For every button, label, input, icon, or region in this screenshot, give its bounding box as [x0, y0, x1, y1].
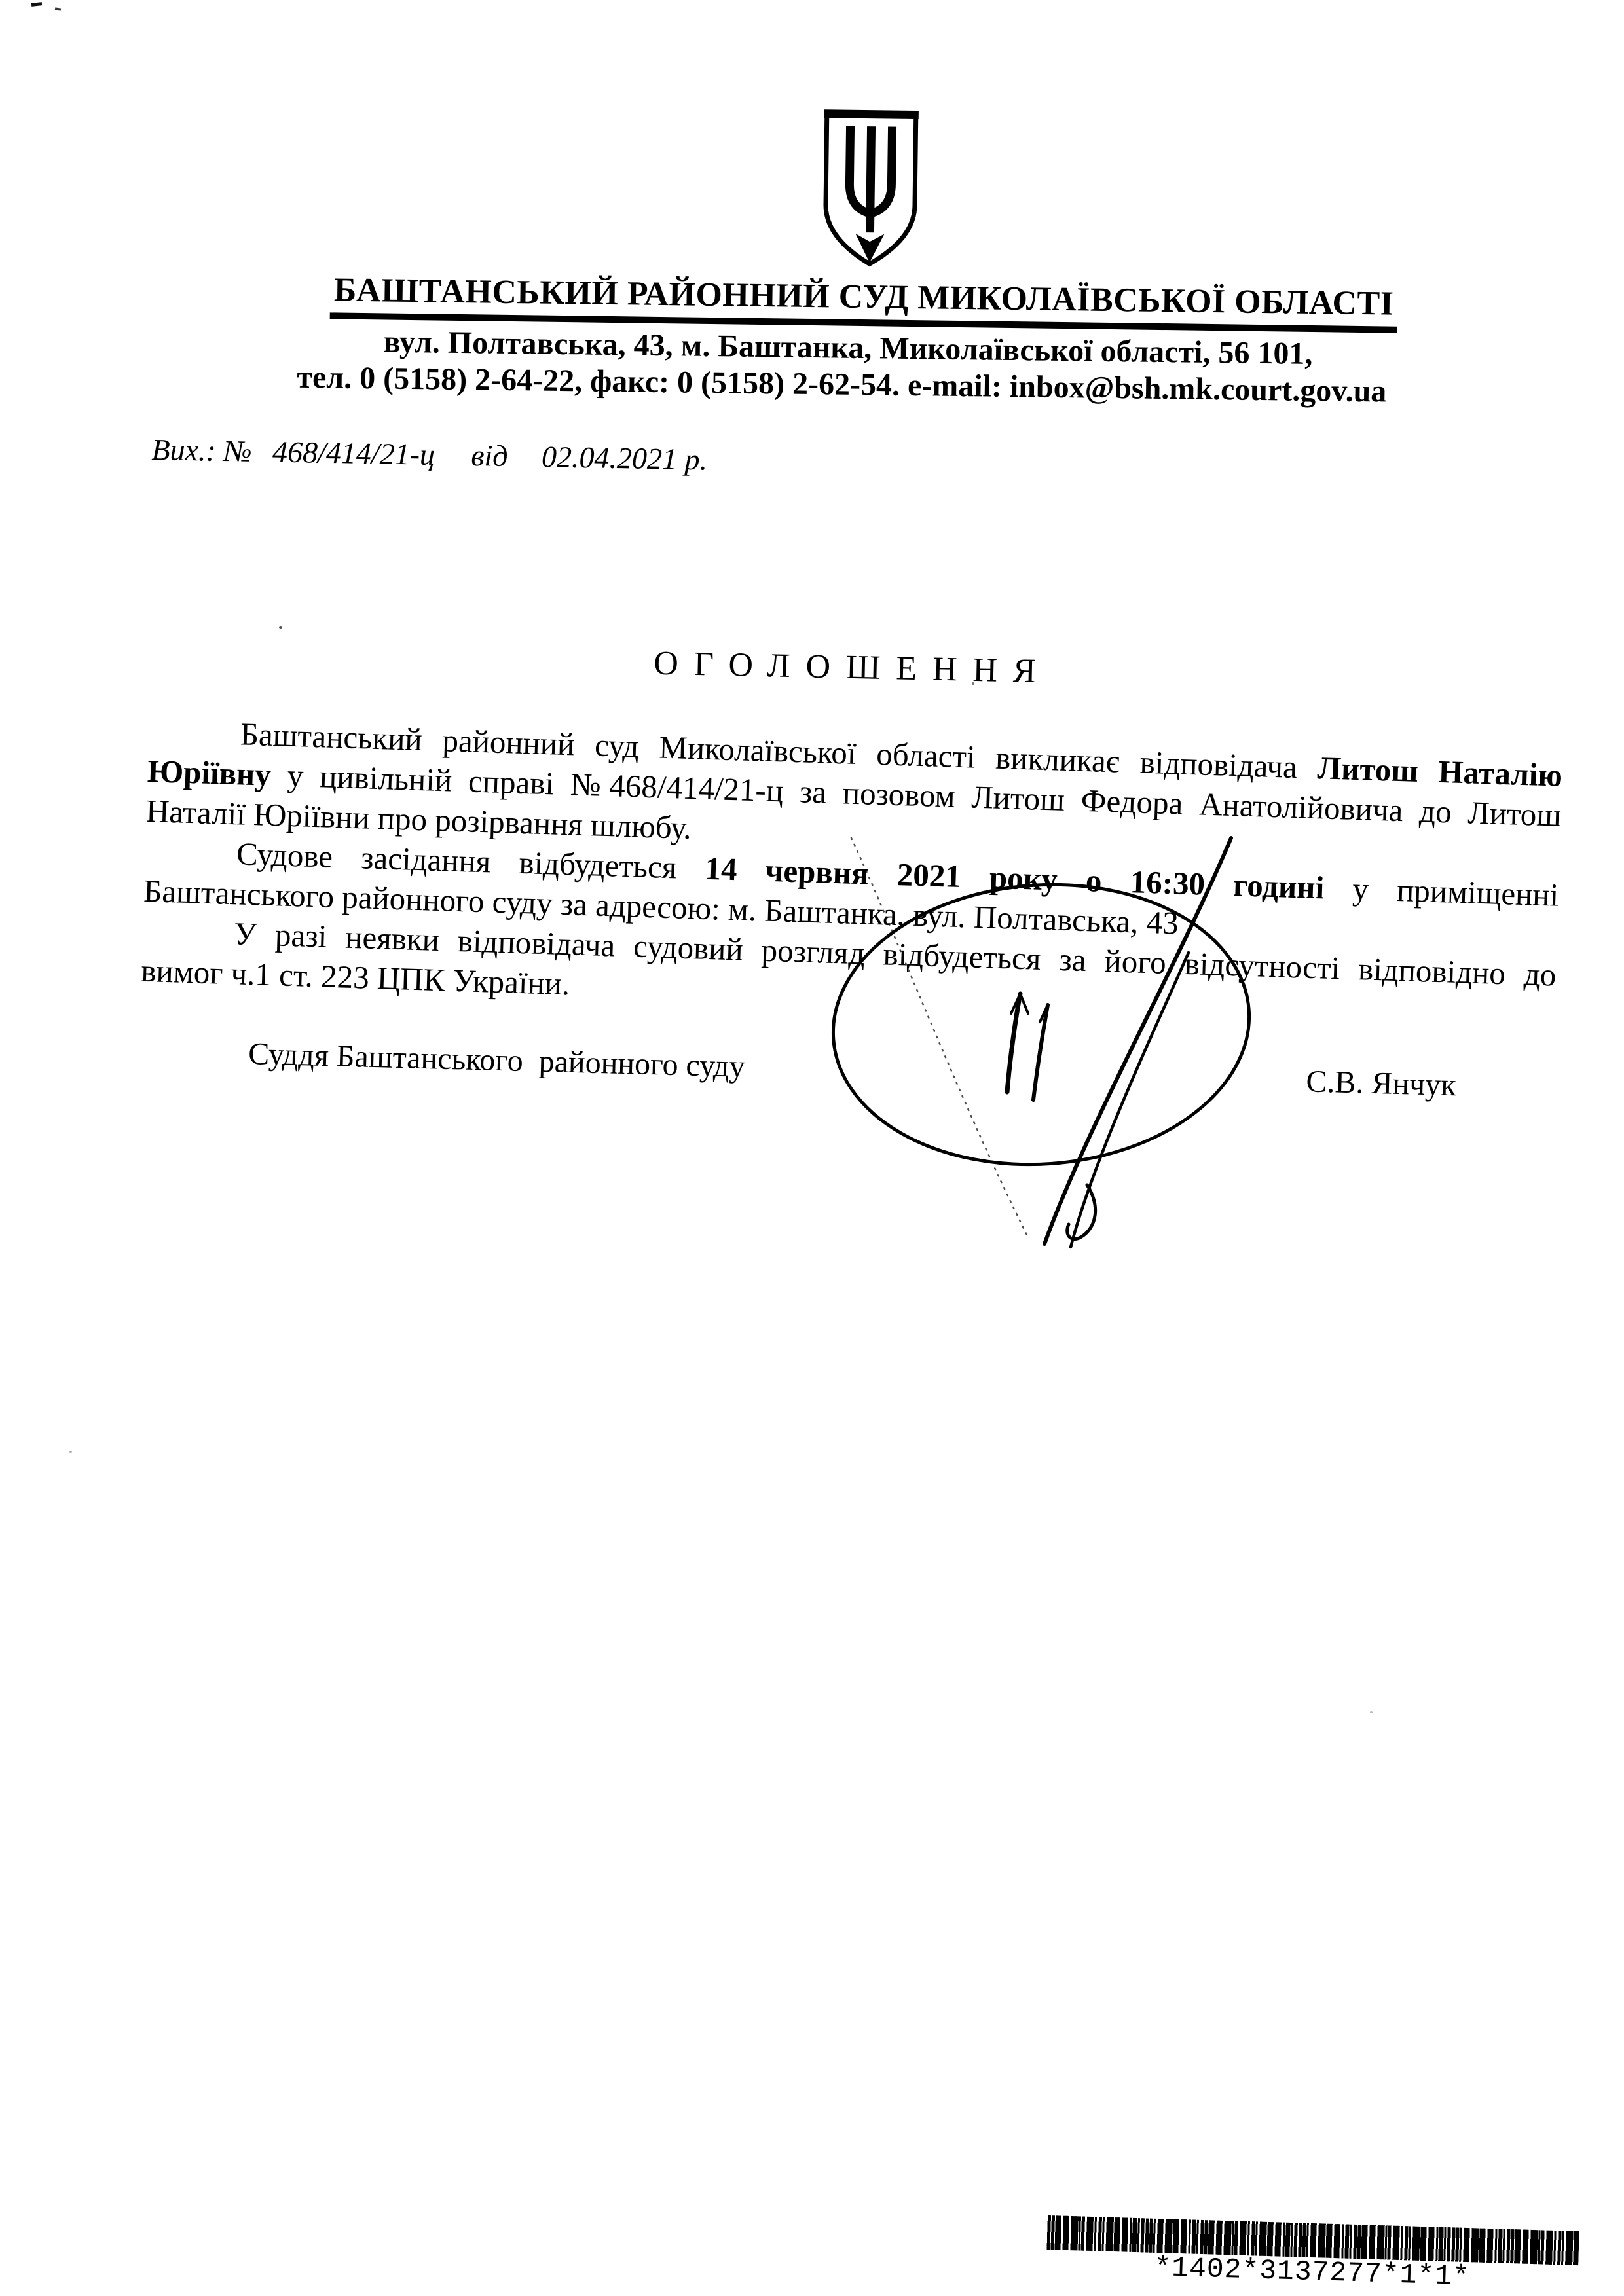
scan-artifact: [55, 7, 61, 10]
scan-artifact: [279, 626, 282, 629]
reference-line: Вих.: № 468/414/21-ц від 02.04.2021 р.: [151, 432, 707, 477]
document-page: БАШТАНСЬКИЙ РАЙОННИЙ СУД МИКОЛАЇВСЬКОЇ О…: [0, 0, 1624, 2296]
judge-name: С.В. Янчук: [1306, 1063, 1457, 1103]
reference-preposition: від: [471, 439, 508, 473]
case-number: 468/414/21-ц: [272, 435, 435, 471]
scan-artifact: [69, 1451, 72, 1453]
scan-artifact: [31, 2, 42, 7]
judge-role-label: Суддя Баштанського районного суду: [248, 1036, 746, 1085]
text-segment: у приміщенні: [1323, 870, 1559, 913]
announcement-title: ОГОЛОШЕННЯ: [41, 631, 1624, 704]
bold-segment: Юріївну: [147, 753, 271, 793]
court-letterhead: БАШТАНСЬКИЙ РАЙОННИЙ СУД МИКОЛАЇВСЬКОЇ О…: [0, 96, 1624, 414]
scan-artifact: [1370, 1711, 1373, 1713]
signature-row: Суддя Баштанського районного суду С.В. Я…: [248, 1036, 1457, 1103]
reference-date: 02.04.2021 р.: [542, 440, 708, 477]
barcode-block: *1402*3137277*1*1*: [1046, 2215, 1579, 2295]
court-name-text: БАШТАНСЬКИЙ РАЙОННИЙ СУД МИКОЛАЇВСЬКОЇ О…: [329, 272, 1397, 333]
trident-emblem-icon: [817, 106, 924, 272]
announcement-body: Баштанський районний суд Миколаївської о…: [141, 711, 1563, 1035]
reference-label: Вих.: №: [151, 433, 252, 468]
bold-segment: Литош Наталію: [1317, 750, 1563, 793]
